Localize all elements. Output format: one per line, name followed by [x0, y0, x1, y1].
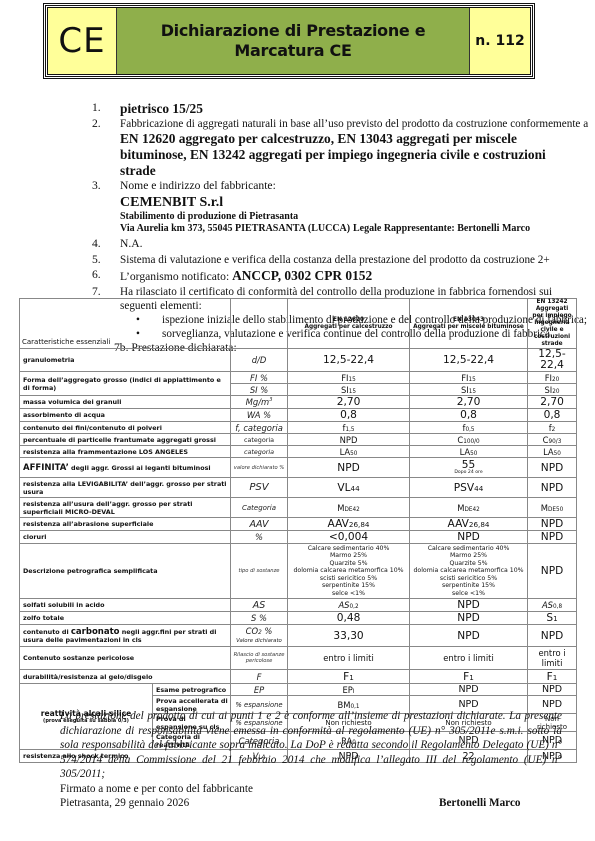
value-main: M — [337, 503, 344, 513]
value-note: Dopo 24 ore — [412, 470, 525, 476]
list-item-2: 2. Fabbricazione di aggregati naturali i… — [92, 117, 562, 179]
value-en12620: entro i limiti — [288, 647, 410, 670]
composition-line: serpentinite 15% — [290, 582, 407, 589]
row-unit: AAV — [231, 518, 288, 531]
signed-on-behalf: Firmato a nome e per conto del fabbrican… — [60, 782, 562, 797]
value-en13242: NPD — [528, 531, 577, 544]
value-en12620: NPD — [288, 458, 410, 478]
value-main: FI — [341, 373, 348, 383]
table-row: AFFINITA’ degli aggr. Grossi ai leganti … — [20, 458, 577, 478]
value-en13043: MDE42 — [410, 498, 528, 518]
value-main: AS — [338, 600, 349, 610]
value-main: M — [541, 503, 548, 513]
value-sub: 50 — [554, 451, 561, 457]
value-en13043: entro i limiti — [410, 647, 528, 670]
value-en12620: LA50 — [288, 446, 410, 458]
value-en12620: F1 — [288, 670, 410, 684]
value-en13242: SI20 — [528, 384, 577, 396]
value-en12620: MDE42 — [288, 498, 410, 518]
row-label: percentuale di particelle frantumate agg… — [20, 434, 231, 446]
row-unit: S % — [231, 612, 288, 625]
legal-representative: Legale Rappresentante: Bertonelli Marco — [353, 223, 530, 235]
value-sub: 90/3 — [549, 439, 562, 445]
value-en13242: NPD — [528, 684, 577, 696]
row-label: zolfo totale — [20, 612, 231, 625]
row-unit: categoria — [231, 434, 288, 446]
value-en12620: 2,70 — [288, 396, 410, 409]
value-sub: 15 — [469, 389, 476, 395]
composition-line: Marmo 25% — [412, 552, 525, 559]
row-unit: SI % — [231, 384, 288, 396]
value-en12620: NPD — [288, 434, 410, 446]
row-label: massa volumica dei granuli — [20, 396, 231, 409]
value-sub: DE42 — [345, 507, 360, 513]
table-row: Descrizione petrografica semplificata ti… — [20, 544, 577, 599]
row-unit: d/D — [231, 349, 288, 372]
composition-line: Marmo 25% — [290, 552, 407, 559]
value-sub: 1 — [469, 673, 474, 682]
table-header-row: Caratteristiche essenziali EN 12620Aggre… — [20, 299, 577, 349]
row-unit: tipo di sostanze — [231, 544, 288, 599]
value-en12620: <0,004 — [288, 531, 410, 544]
value-sub: DE42 — [465, 507, 480, 513]
row-unit: valore dichiarato % — [231, 458, 288, 478]
value-en13242: NPD — [528, 544, 577, 599]
table-row: reattività alcali-silice(prova eseguita … — [20, 684, 577, 696]
value-en13043: 12,5-22,4 — [410, 349, 528, 372]
value-sub: 20 — [552, 389, 559, 395]
value-en13043: LA50 — [410, 446, 528, 458]
value-en13242: NPD — [528, 518, 577, 531]
value-sub: I — [353, 689, 355, 695]
table-row: resistenza alla frammentazione LOS ANGEL… — [20, 446, 577, 458]
item-number: 2. — [92, 117, 101, 131]
value-en13242: FI20 — [528, 372, 577, 384]
value-en13043: 0,8 — [410, 409, 528, 422]
row-label: resistenza all’abrasione superficiale — [20, 518, 231, 531]
row-unit: % — [231, 531, 288, 544]
value-main: SI — [461, 385, 469, 395]
plant-name: Stabilimento di produzione di Pietrasant… — [120, 211, 562, 223]
row-label: resistenza alla frammentazione LOS ANGEL… — [20, 446, 231, 458]
value-sub: 50 — [470, 451, 477, 457]
row-unit: FI % — [231, 372, 288, 384]
composition-line: selce <1% — [290, 590, 407, 597]
value-main: PSV — [454, 482, 474, 494]
table-row: granulometria d/D 12,5-22,4 12,5-22,4 12… — [20, 349, 577, 372]
value-en13043: NPD — [410, 599, 528, 612]
row-label: Descrizione petrografica semplificata — [20, 544, 231, 599]
value-main: VL — [337, 482, 350, 494]
unit-text: CO — [246, 626, 258, 636]
value-main: LA — [460, 447, 471, 457]
row-label: Contenuto sostanze pericolose — [20, 647, 231, 670]
intended-use-text: Fabbricazione di aggregati naturali in b… — [120, 117, 562, 131]
value-en12620: f1,5 — [288, 422, 410, 434]
composition-line: Calcare sedimentario 40% — [412, 545, 525, 552]
value-main: FI — [461, 373, 468, 383]
value-main: EP — [343, 685, 353, 695]
row-label: Forma dell’aggregato grosso (indici di a… — [20, 372, 231, 396]
value-sub: 20 — [552, 377, 559, 383]
value-en12620: SI15 — [288, 384, 410, 396]
value-en13242: 2,70 — [528, 396, 577, 409]
value-en13242: S1 — [528, 612, 577, 625]
manufacturer-label: Nome e indirizzo del fabbricante: — [120, 179, 562, 193]
row-label: resistenza all’usura dell’aggr. grosso p… — [20, 498, 231, 518]
place-and-date: Pietrasanta, 29 gennaio 2026 — [60, 797, 189, 809]
value-sub: 0,2 — [350, 604, 359, 610]
header-desc: Aggregati per calcestruzzo — [290, 324, 407, 331]
value-en13043: F1 — [410, 670, 528, 684]
value-main: AAV — [448, 518, 469, 530]
value-en12620: 12,5-22,4 — [288, 349, 410, 372]
value-en12620: 33,30 — [288, 625, 410, 647]
ce-mark-logo: CE — [48, 8, 117, 74]
value-en12620: AAV26,84 — [288, 518, 410, 531]
document-title: Dichiarazione di Prestazione e Marcatura… — [117, 8, 470, 74]
composition-line: Quarzite 5% — [412, 560, 525, 567]
value-sub: 1 — [553, 614, 558, 623]
value-en13242: NPD — [528, 478, 577, 498]
list-item-3: 3. Nome e indirizzo del fabbricante: CEM… — [92, 179, 562, 235]
value-main: M — [457, 503, 464, 513]
value-main: BM — [337, 700, 350, 710]
row-label: AFFINITA’ degli aggr. Grossi ai leganti … — [20, 458, 231, 478]
table-row: resistenza all’usura dell’aggr. grosso p… — [20, 498, 577, 518]
document-title-text: Dichiarazione di Prestazione e Marcatura… — [143, 21, 443, 61]
value-en13242: f2 — [528, 422, 577, 434]
label-text: contenuto di — [23, 628, 71, 636]
value-main: FI — [545, 373, 552, 383]
product-name: pietrisco 15/25 — [120, 101, 203, 116]
value-en13242: F1 — [528, 670, 577, 684]
value-main: LA — [543, 447, 554, 457]
composition-line: Quarzite 5% — [290, 560, 407, 567]
notified-body-label: L’organismo notificato: — [120, 270, 229, 283]
item-number: 3. — [92, 179, 101, 193]
row-unit: Rilascio di sostanze pericolose — [231, 647, 288, 670]
row-unit: AS — [231, 599, 288, 612]
value-en13043: AAV26,84 — [410, 518, 528, 531]
table-row: assorbimento di acqua WA % 0,8 0,8 0,8 — [20, 409, 577, 422]
value-sub: 15 — [349, 389, 356, 395]
row-label: Esame petrografico — [153, 684, 231, 696]
value-en13043: SI15 — [410, 384, 528, 396]
item-number: 1. — [92, 101, 101, 115]
value-en13242: LA50 — [528, 446, 577, 458]
value-en13242: 12,5-22,4 — [528, 349, 577, 372]
header-unit — [231, 299, 288, 349]
value-main: 55 — [412, 460, 525, 470]
list-item-4: 4. N.A. — [92, 237, 562, 251]
signature-line: Pietrasanta, 29 gennaio 2026 Bertonelli … — [60, 796, 562, 811]
value-sub: 26,84 — [349, 520, 370, 529]
document-header: CE Dichiarazione di Prestazione e Marcat… — [45, 5, 533, 77]
item-number: 4. — [92, 237, 101, 251]
table-row: Forma dell’aggregato grosso (indici di a… — [20, 372, 577, 384]
value-sub: 15 — [469, 377, 476, 383]
composition-line: dolomia calcarea metamorfica 10% — [412, 567, 525, 574]
standards-text: EN 12620 aggregato per calcestruzzo, EN … — [120, 131, 562, 179]
item-4-text: N.A. — [120, 237, 143, 250]
row-unit: EP — [231, 684, 288, 696]
value-sub: 1 — [349, 673, 354, 682]
composition-line: scisti sericitico 5% — [412, 575, 525, 582]
value-en13043: FI15 — [410, 372, 528, 384]
unit-main: CO2 % — [233, 627, 285, 637]
row-unit: PSV — [231, 478, 288, 498]
performance-table: Caratteristiche essenziali EN 12620Aggre… — [19, 298, 577, 763]
value-sub: 1 — [553, 673, 558, 682]
value-en12620: AS0,2 — [288, 599, 410, 612]
row-label: solfati solubili in acido — [20, 599, 231, 612]
header-desc: Aggregati per impiego ingegneria civile … — [530, 306, 574, 348]
company-name: CEMENBIT S.r.l — [120, 194, 562, 211]
table-row: contenuto dei fini/contenuto di polveri … — [20, 422, 577, 434]
header-en12620: EN 12620Aggregati per calcestruzzo — [288, 299, 410, 349]
row-label: cloruri — [20, 531, 231, 544]
item-number: 6. — [92, 268, 101, 282]
value-en13043: NPD — [410, 612, 528, 625]
unit-text: % — [262, 626, 273, 636]
value-en12620: 0,48 — [288, 612, 410, 625]
value-en13242: C90/3 — [528, 434, 577, 446]
value-sub: 0,8 — [553, 604, 562, 610]
row-unit: categoria — [231, 446, 288, 458]
address-line: Via Aurelia km 373, 55045 PIETRASANTA (L… — [120, 223, 562, 235]
item-number: 7. — [92, 285, 101, 299]
value-en12620: VL44 — [288, 478, 410, 498]
composition-line: scisti sericitico 5% — [290, 575, 407, 582]
value-main: AS — [542, 600, 553, 610]
table-row: durabilità/resistenza al gelo/disgelo F … — [20, 670, 577, 684]
row-unit: F — [231, 670, 288, 684]
table-row: contenuto di carbonato negli aggr.fini p… — [20, 625, 577, 647]
composition-line: dolomia calcarea metamorfica 10% — [290, 567, 407, 574]
value-main: SI — [341, 385, 349, 395]
value-sub: 15 — [349, 377, 356, 383]
row-unit: f, categoria — [231, 422, 288, 434]
table-row: percentuale di particelle frantumate agg… — [20, 434, 577, 446]
header-std: EN 13242 — [530, 299, 574, 306]
value-sub: 44 — [351, 484, 360, 493]
row-label: granulometria — [20, 349, 231, 372]
value-en13242: NPD — [528, 625, 577, 647]
header-en13043: EN 13043Aggregati per miscele bituminose — [410, 299, 528, 349]
row-label: contenuto dei fini/contenuto di polveri — [20, 422, 231, 434]
value-sub: 50 — [350, 451, 357, 457]
unit-text: Mg/m — [246, 397, 270, 407]
table-row: massa volumica dei granuli Mg/m3 2,70 2,… — [20, 396, 577, 409]
value-en12620: EPI — [288, 684, 410, 696]
value-en13242: AS0,8 — [528, 599, 577, 612]
row-label: resistenza alla LEVIGABILITA’ dell’aggr.… — [20, 478, 231, 498]
list-item-5: 5. Sistema di valutazione e verifica del… — [92, 253, 562, 267]
value-en13043: NPD — [410, 625, 528, 647]
row-unit: WA % — [231, 409, 288, 422]
composition-line: serpentinite 15% — [412, 582, 525, 589]
table-row: cloruri % <0,004 NPD NPD — [20, 531, 577, 544]
value-main: LA — [340, 447, 351, 457]
row-label: contenuto di carbonato negli aggr.fini p… — [20, 625, 231, 647]
composition-line: selce <1% — [412, 590, 525, 597]
value-en13043: 2,70 — [410, 396, 528, 409]
unit-note: Valore dichiarato — [233, 637, 285, 645]
item-number: 5. — [92, 253, 101, 267]
value-en12620: 0,8 — [288, 409, 410, 422]
table-row: resistenza all’abrasione superficiale AA… — [20, 518, 577, 531]
header-std: EN 12620 — [290, 317, 407, 324]
list-item-6: 6. L’organismo notificato: ANCCP, 0302 C… — [92, 268, 562, 284]
row-unit: CO2 %Valore dichiarato — [231, 625, 288, 647]
value-en13043: PSV44 — [410, 478, 528, 498]
value-en13043: Calcare sedimentario 40% Marmo 25% Quarz… — [410, 544, 528, 599]
table-row: solfati solubili in acido AS AS0,2 NPD A… — [20, 599, 577, 612]
value-en13242: NPD — [528, 458, 577, 478]
document-footer: La prestazione del prodotto di cui ai pu… — [60, 709, 562, 811]
value-en13242: MDE50 — [528, 498, 577, 518]
row-label: assorbimento di acqua — [20, 409, 231, 422]
label-text: degli aggr. Grossi ai leganti bituminosi — [69, 464, 211, 472]
header-characteristics: Caratteristiche essenziali — [20, 299, 231, 349]
composition-line: Calcare sedimentario 40% — [290, 545, 407, 552]
declaration-number: n. 112 — [470, 8, 530, 74]
value-sub: 100/0 — [463, 439, 479, 445]
value-en13242: 0,8 — [528, 409, 577, 422]
value-en13043: f0,5 — [410, 422, 528, 434]
table-row: zolfo totale S % 0,48 NPD S1 — [20, 612, 577, 625]
header-desc: Aggregati per miscele bituminose — [412, 324, 525, 331]
header-en13242: EN 13242Aggregati per impiego ingegneria… — [528, 299, 577, 349]
label-emphasis: AFFINITA’ — [23, 463, 69, 473]
company-address: Via Aurelia km 373, 55045 PIETRASANTA (L… — [120, 223, 350, 234]
value-en12620: FI15 — [288, 372, 410, 384]
row-label: durabilità/resistenza al gelo/disgelo — [20, 670, 231, 684]
value-sub: 26,84 — [469, 520, 490, 529]
notified-body-value: ANCCP, 0302 CPR 0152 — [232, 268, 372, 283]
unit-sup: 3 — [269, 397, 272, 403]
row-unit: Mg/m3 — [231, 396, 288, 409]
value-en13043: NPD — [410, 684, 528, 696]
value-sub: 2 — [552, 427, 556, 433]
value-en12620: Calcare sedimentario 40% Marmo 25% Quarz… — [288, 544, 410, 599]
value-sub: 44 — [474, 484, 483, 493]
assessment-system-text: Sistema di valutazione e verifica della … — [120, 254, 550, 266]
table-row: Contenuto sostanze pericolose Rilascio d… — [20, 647, 577, 670]
value-en13242: entro i limiti — [528, 647, 577, 670]
header-std: EN 13043 — [412, 317, 525, 324]
table-row: resistenza alla LEVIGABILITA’ dell’aggr.… — [20, 478, 577, 498]
row-unit: Categoria — [231, 498, 288, 518]
value-sub: 1,5 — [345, 427, 354, 433]
value-sub: 0,5 — [465, 427, 474, 433]
conformity-statement: La prestazione del prodotto di cui ai pu… — [60, 709, 562, 782]
list-item-1: 1. pietrisco 15/25 — [92, 101, 562, 117]
value-main: AAV — [328, 518, 349, 530]
value-en13043: C100/0 — [410, 434, 528, 446]
value-en13043: NPD — [410, 531, 528, 544]
signatory-name: Bertonelli Marco — [439, 796, 521, 811]
value-sub: DE50 — [548, 507, 563, 513]
value-en13043: 55Dopo 24 ore — [410, 458, 528, 478]
